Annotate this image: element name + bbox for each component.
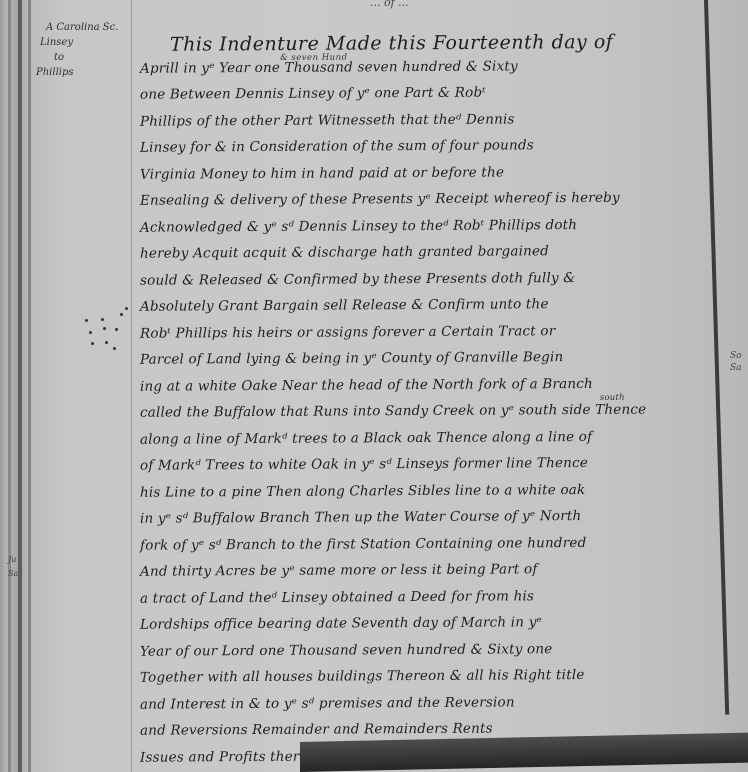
ink-blots [85, 305, 130, 365]
deed-line: and Interest in & to yᵉ sᵈ premises and … [140, 693, 700, 723]
deed-line: This Indenture Made this Fourteenth day … [170, 30, 730, 60]
deed-line: Acknowledged & yᵉ sᵈ Dennis Linsey to th… [140, 216, 700, 246]
right-page-edge [704, 0, 729, 715]
deed-line: Aprill in yᵉ Year one Thousand seven hun… [140, 57, 700, 87]
binding-edge [28, 0, 31, 772]
margin-note-line: to [54, 50, 131, 65]
right-edge-note-line: So [730, 350, 742, 362]
deed-line: Absolutely Grant Bargain sell Release & … [140, 295, 700, 325]
deed-line: called the Buffalow that Runs into Sandy… [140, 401, 700, 431]
deed-line: a tract of Land theᵈ Linsey obtained a D… [140, 587, 700, 617]
deed-line: Together with all houses buildings There… [140, 666, 700, 696]
deed-line-text: called the Buffalow that Runs into Sandy… [140, 402, 646, 421]
deed-line: along a line of Markᵈ trees to a Black o… [140, 428, 700, 458]
deed-line: Virginia Money to him in hand paid at or… [140, 163, 700, 193]
margin-note-line: Linsey [40, 35, 131, 50]
deed-line: one Between Dennis Linsey of yᵉ one Part… [140, 83, 700, 113]
deed-line: Linsey for & in Consideration of the sum… [140, 136, 700, 166]
right-edge-note-line: Sa [730, 362, 742, 374]
binding-edge [8, 0, 11, 772]
deed-line: his Line to a pine Then along Charles Si… [140, 481, 700, 511]
deed-line: in yᵉ sᵈ Buffalow Branch Then up the Wat… [140, 507, 700, 537]
deed-line: hereby Acquit acquit & discharge hath gr… [140, 242, 700, 272]
left-edge-note-line: Ju [8, 553, 18, 567]
binding-edge [18, 0, 22, 772]
margin-note: A Carolina Sc. Linsey to Phillips [36, 20, 131, 80]
document-page: ... of ... A Carolina Sc. Linsey to Phil… [0, 0, 748, 772]
deed-line: Robᵗ Phillips his heirs or assigns forev… [140, 322, 700, 352]
margin-rule [131, 0, 132, 772]
deed-line: Ensealing & delivery of these Presents y… [140, 189, 700, 219]
deed-line: of Markᵈ Trees to white Oak in yᵉ sᵈ Lin… [140, 454, 700, 484]
margin-note-line: A Carolina Sc. [46, 20, 131, 35]
deed-line: Phillips of the other Part Witnesseth th… [140, 110, 700, 140]
margin-note-line: Phillips [36, 65, 131, 80]
left-edge-note: Ju Sa [8, 553, 18, 581]
deed-line: sould & Released & Confirmed by these Pr… [140, 269, 700, 299]
interlinear-note: south [600, 393, 625, 403]
deed-line: Parcel of Land lying & being in yᵉ Count… [140, 348, 700, 378]
deed-line: Year of our Lord one Thousand seven hund… [140, 640, 700, 670]
top-fragment-text: ... of ... [370, 0, 409, 9]
deed-body: This Indenture Made this Fourteenth day … [140, 32, 700, 772]
deed-line: Lordships office bearing date Seventh da… [140, 613, 700, 643]
deed-line-text: This Indenture Made this Fourteenth day … [170, 31, 613, 56]
deed-line: And thirty Acres be yᵉ same more or less… [140, 560, 700, 590]
deed-line: fork of yᵉ sᵈ Branch to the first Statio… [140, 534, 700, 564]
left-edge-note-line: Sa [8, 567, 18, 581]
right-edge-note: So Sa [730, 350, 742, 374]
